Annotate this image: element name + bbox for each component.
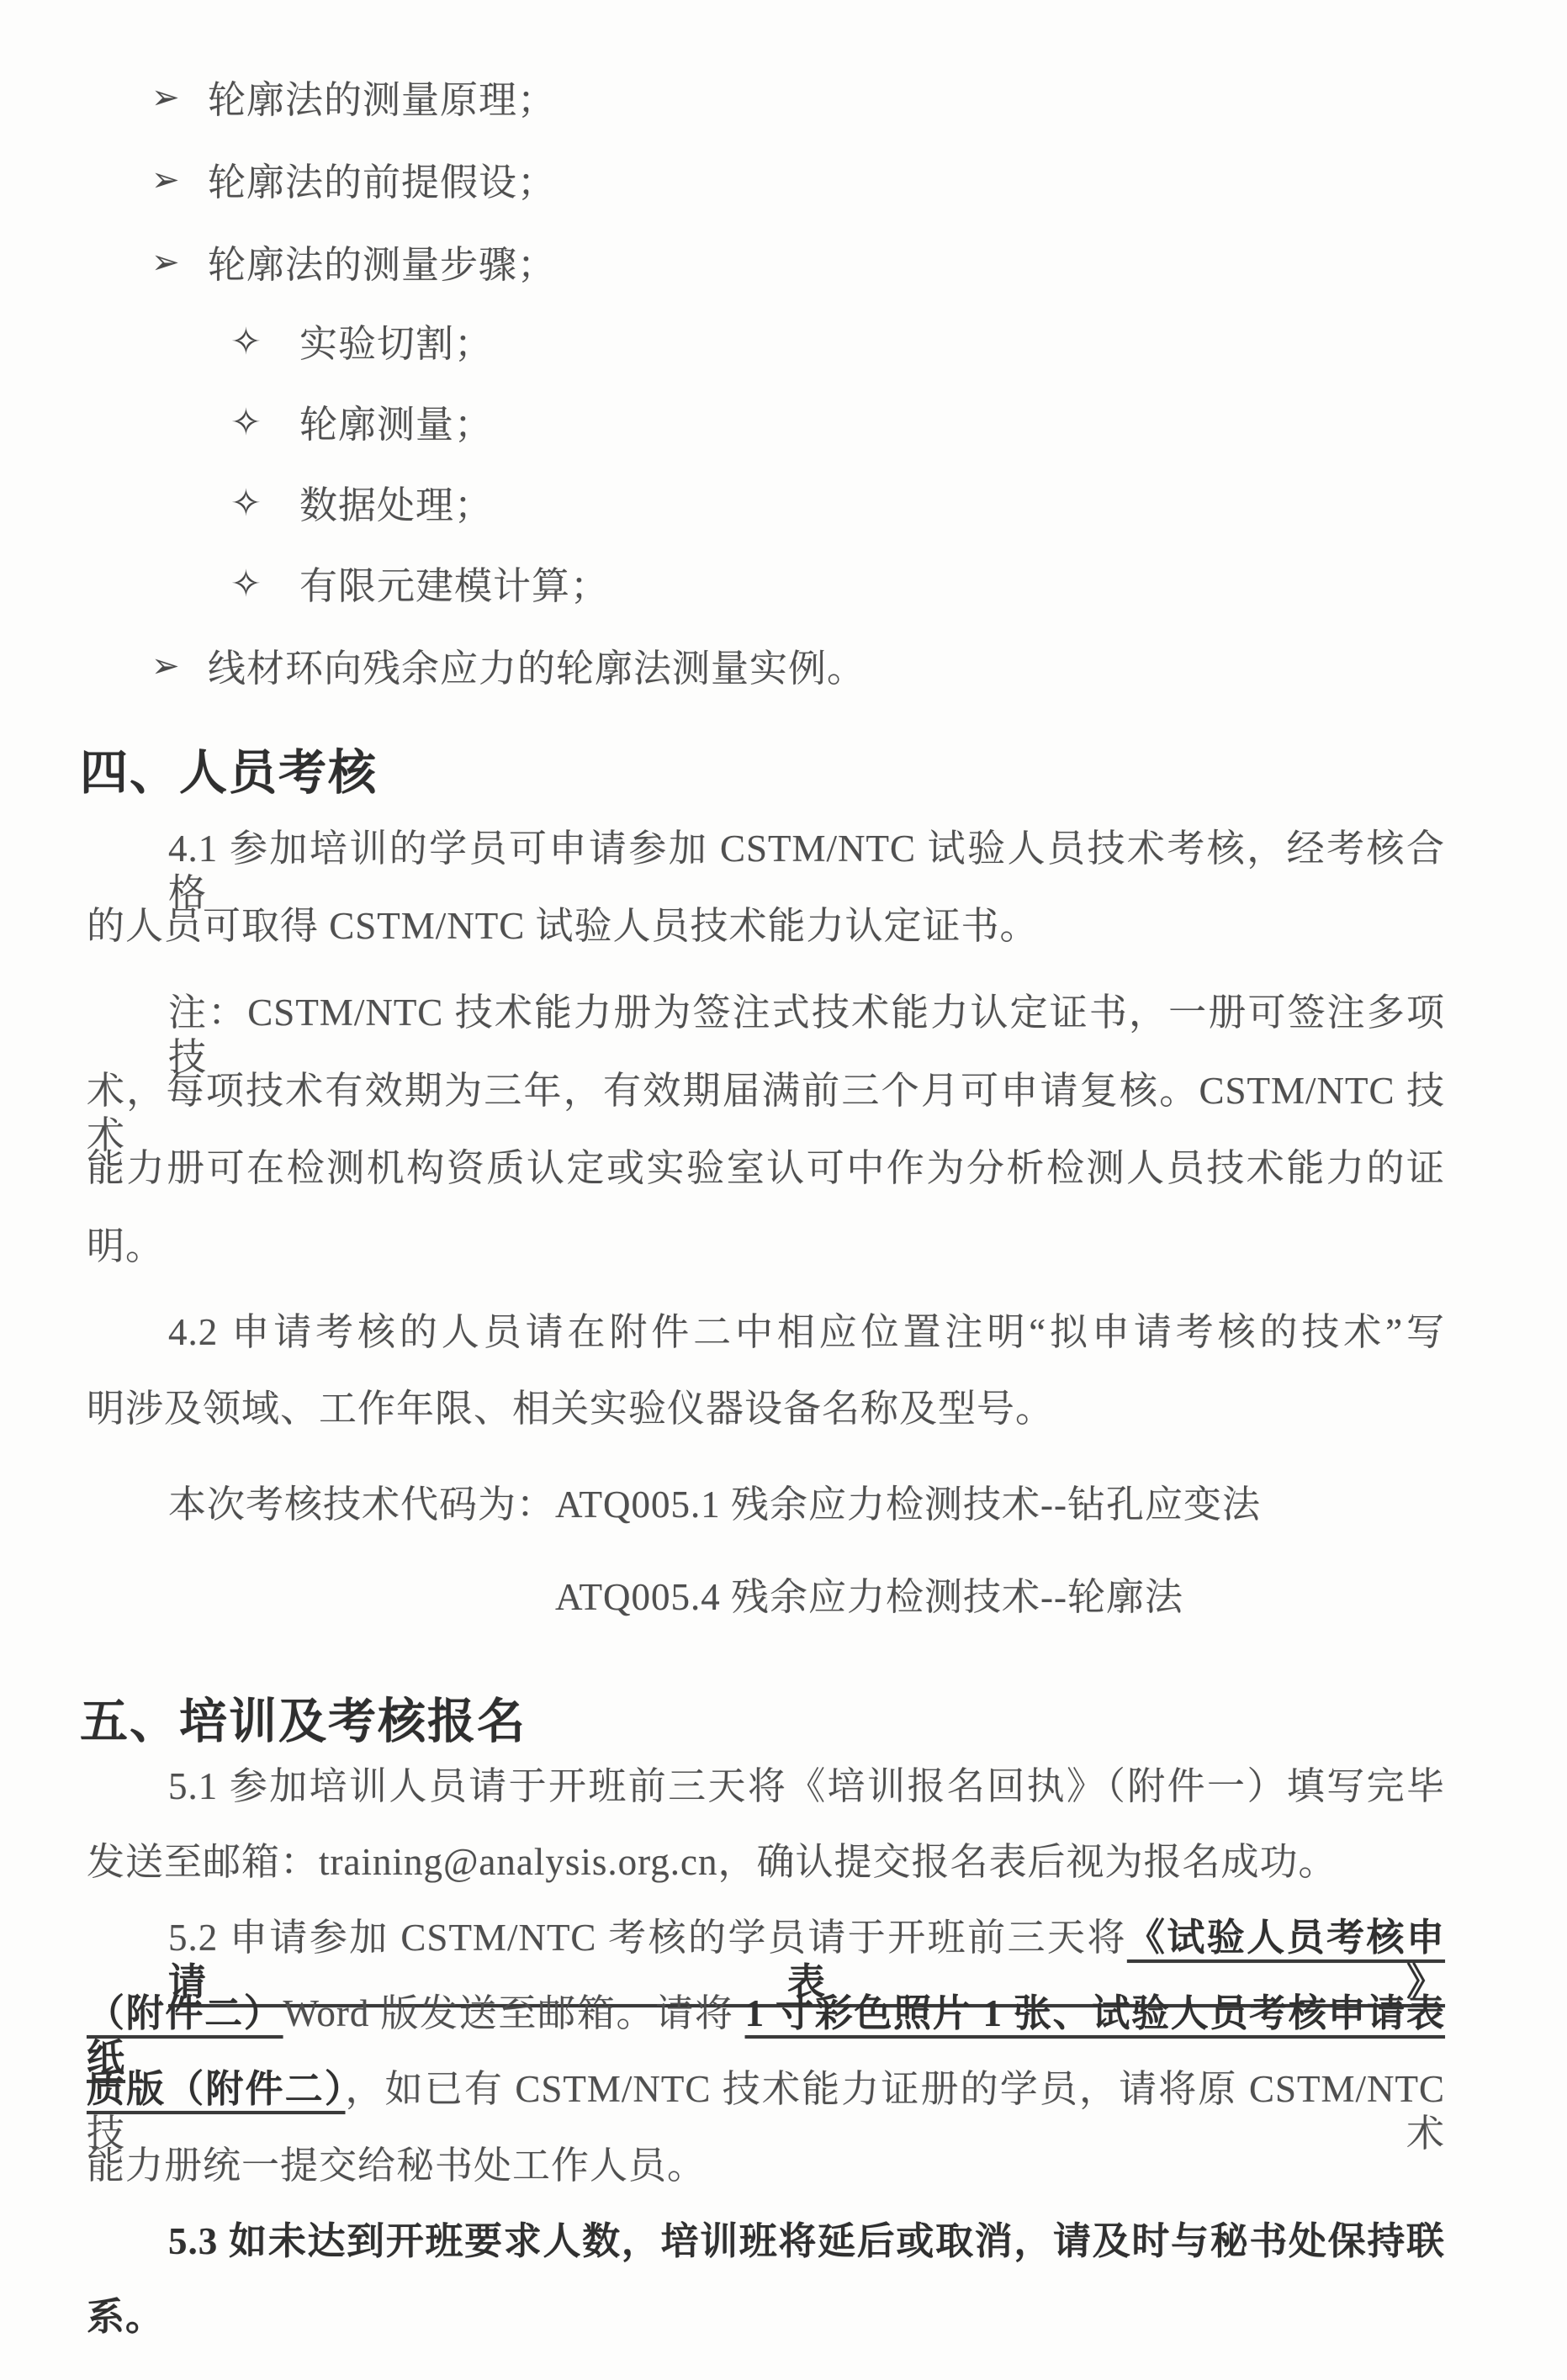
- paragraph-line: 5.1 参加培训人员请于开班前三天将《培训报名回执》（附件一）填写完毕: [168, 1764, 1445, 1809]
- sub-bullet-row: ✧ 有限元建模计算；: [0, 564, 1567, 615]
- paragraph-text: 5.2 申请参加 CSTM/NTC 考核的学员请于开班前三天将: [168, 1917, 1127, 1959]
- bullet-row: ➢ 轮廓法的测量原理；: [0, 78, 1567, 129]
- diamond-bullet-icon: ✧: [230, 401, 262, 445]
- paragraph-line: 系。: [87, 2295, 1445, 2340]
- sub-bullet-row: ✧ 实验切割；: [0, 322, 1567, 373]
- clause-number: 5.3: [168, 2220, 229, 2262]
- arrow-bullet-icon: ➢: [151, 78, 181, 118]
- paragraph-line: 能力册统一提交给秘书处工作人员。: [87, 2144, 1445, 2188]
- sub-bullet-item: 实验切割；: [299, 322, 493, 367]
- bullet-row: ➢ 轮廓法的测量步骤；: [0, 243, 1567, 294]
- document-page: ➢ 轮廓法的测量原理； ➢ 轮廓法的前提假设； ➢ 轮廓法的测量步骤； ✧ 实验…: [0, 0, 1567, 2380]
- sub-bullet-row: ✧ 轮廓测量；: [0, 403, 1567, 453]
- section5-heading: 五、培训及考核报名: [80, 1683, 527, 1752]
- bullet-row: ➢ 轮廓法的前提假设；: [0, 161, 1567, 211]
- paragraph-line: 的人员可取得 CSTM/NTC 试验人员技术能力认定证书。: [87, 904, 1445, 949]
- paragraph-text: Word 版发送至邮箱。请将: [283, 1992, 745, 2034]
- bullet-item: 线材环向残余应力的轮廓法测量实例。: [208, 647, 866, 691]
- sub-bullet-item: 数据处理；: [299, 484, 493, 528]
- assessment-code-line: ATQ005.4 残余应力检测技术--轮廓法: [555, 1575, 1445, 1620]
- bullet-item: 轮廓法的测量原理；: [208, 78, 556, 123]
- paragraph-line: 发送至邮箱：training@analysis.org.cn，确认提交报名表后视…: [87, 1840, 1445, 1885]
- paragraph-line: 4.2 申请考核的人员请在附件二中相应位置注明“拟申请考核的技术”写: [168, 1310, 1445, 1355]
- paragraph-line: 注：CSTM/NTC 技术能力册为签注式技术能力认定证书，一册可签注多项技: [168, 991, 1445, 1080]
- arrow-bullet-icon: ➢: [151, 243, 181, 283]
- emphasized-text: 如未达到开班要求人数，培训班将延后或取消，请及时与秘书处保持联: [229, 2220, 1445, 2262]
- sub-bullet-item: 轮廓测量；: [299, 403, 493, 447]
- diamond-bullet-icon: ✧: [230, 563, 262, 606]
- paragraph-line: 明涉及领域、工作年限、相关实验仪器设备名称及型号。: [87, 1387, 1445, 1431]
- diamond-bullet-icon: ✧: [230, 320, 262, 364]
- emphasized-text: 质版（附件二）: [87, 2068, 345, 2110]
- paragraph-line: 术，每项技术有效期为三年，有效期届满前三个月可申请复核。CSTM/NTC 技术: [87, 1069, 1445, 1158]
- section4-heading: 四、人员考核: [80, 734, 378, 803]
- sub-bullet-row: ✧ 数据处理；: [0, 484, 1567, 534]
- emphasized-text: （附件二）: [87, 1992, 283, 2034]
- paragraph-line: 4.1 参加培训的学员可申请参加 CSTM/NTC 试验人员技术考核，经考核合格: [168, 827, 1445, 916]
- sub-bullet-item: 有限元建模计算；: [299, 564, 609, 609]
- assessment-code-line: 本次考核技术代码为：ATQ005.1 残余应力检测技术--钻孔应变法: [168, 1483, 1445, 1527]
- emphasized-text: 系。: [87, 2296, 164, 2338]
- arrow-bullet-icon: ➢: [151, 647, 181, 686]
- bullet-row: ➢ 线材环向残余应力的轮廓法测量实例。: [0, 647, 1567, 697]
- arrow-bullet-icon: ➢: [151, 161, 181, 200]
- bullet-item: 轮廓法的前提假设；: [208, 161, 556, 205]
- paragraph-line: 5.3 如未达到开班要求人数，培训班将延后或取消，请及时与秘书处保持联: [168, 2219, 1445, 2264]
- paragraph-line: 明。: [87, 1224, 1445, 1269]
- paragraph-line: 能力册可在检测机构资质认定或实验室认可中作为分析检测人员技术能力的证: [87, 1146, 1445, 1191]
- diamond-bullet-icon: ✧: [230, 482, 262, 526]
- bullet-item: 轮廓法的测量步骤；: [208, 243, 556, 288]
